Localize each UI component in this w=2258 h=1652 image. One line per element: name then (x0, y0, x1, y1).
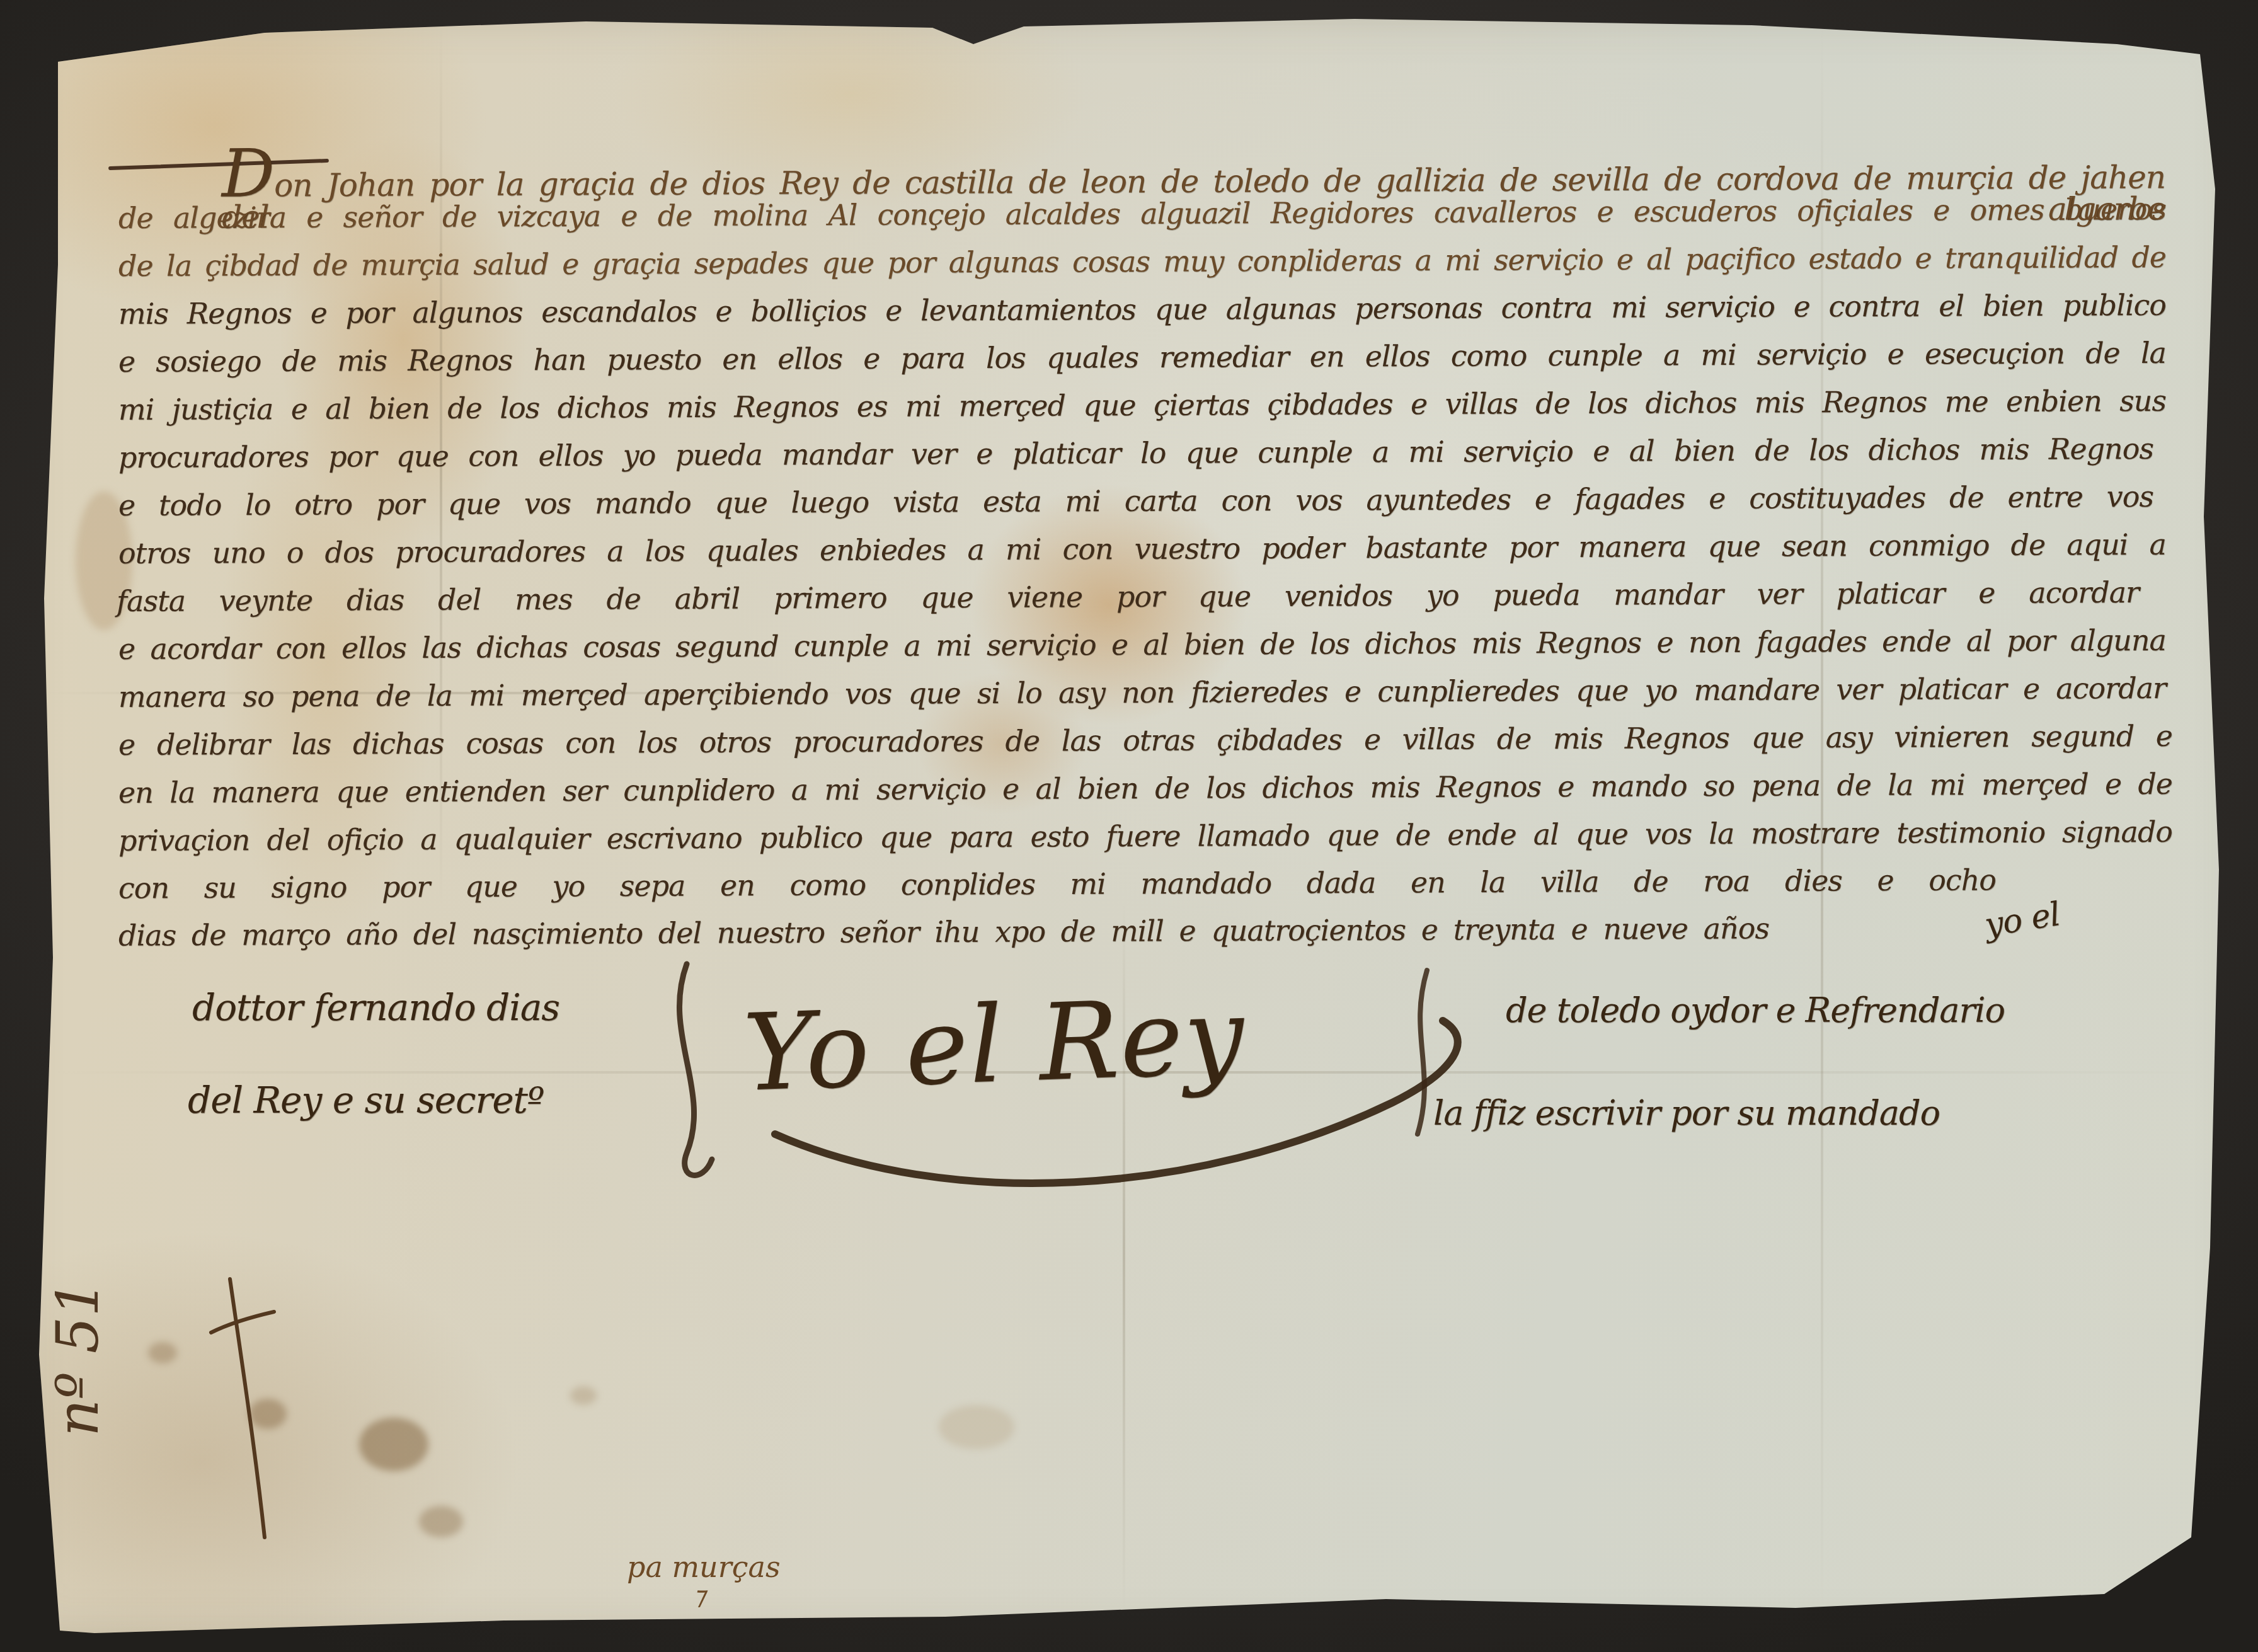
stain-spot (359, 1418, 428, 1471)
stain-spot (148, 1342, 177, 1363)
secretary-signature-right-1: de toledo oydor e Refrendario (1506, 990, 2005, 1030)
parchment-sheet: Don Johan por la graçia de dios Rey de c… (0, 0, 2258, 1652)
secretary-signature-left-1: dottor fernando dias (192, 986, 559, 1029)
manuscript-line: e delibrar las dichas cosas con los otro… (118, 721, 2172, 759)
photo-mat: Don Johan por la graçia de dios Rey de c… (0, 0, 2258, 1652)
royal-signature: Yo el Rey (742, 974, 1247, 1115)
manuscript-line: de algezira e señor de vizcaya e de moli… (118, 195, 2166, 232)
stain-spot (419, 1506, 463, 1537)
manuscript-line: en la manera que entienden ser cunplider… (118, 769, 2172, 807)
bottom-docket: pa murças (627, 1550, 781, 1584)
manuscript-line: manera so pena de la mi merçed aperçibie… (118, 674, 2166, 711)
dating-line-suffix: yo el (1982, 895, 2063, 944)
manuscript-line: mi justiçia e al bien de los dichos mis … (118, 386, 2166, 424)
stain-spot (249, 1399, 287, 1429)
manuscript-line: e acordar con ellos las dichas cosas seg… (118, 626, 2166, 663)
manuscript-line: otros uno o dos procuradores a los quale… (118, 530, 2166, 568)
archival-number: nº 51 (44, 1280, 112, 1437)
manuscript-line: mis Regnos e por algunos escandalos e bo… (118, 290, 2166, 328)
manuscript-line: de la çibdad de murçia salud e graçia se… (118, 243, 2166, 280)
manuscript-line: e sosiego de mis Regnos han puesto en el… (118, 338, 2166, 376)
manuscript-line: fasta veynte dias del mes de abril prime… (117, 578, 2139, 616)
manuscript-line: e todo lo otro por que vos mando que lue… (118, 482, 2153, 520)
manuscript-line: dias de março año del nasçimiento del nu… (118, 914, 1769, 949)
stain-spot (939, 1405, 1014, 1449)
manuscript-line: privaçion del ofiçio a qualquier escriva… (118, 817, 2172, 855)
secretary-signature-right-2: la ffiz escrivir por su mandado (1433, 1093, 1940, 1133)
stain-spot (570, 1386, 597, 1405)
manuscript-line: con su signo por que yo sepa en como con… (118, 865, 1996, 902)
secretary-signature-left-2: del Rey e su secretº (188, 1079, 544, 1121)
docket-rubric: ⁊ (693, 1581, 706, 1610)
manuscript-line: procuradores por que con ellos yo pueda … (118, 434, 2153, 472)
